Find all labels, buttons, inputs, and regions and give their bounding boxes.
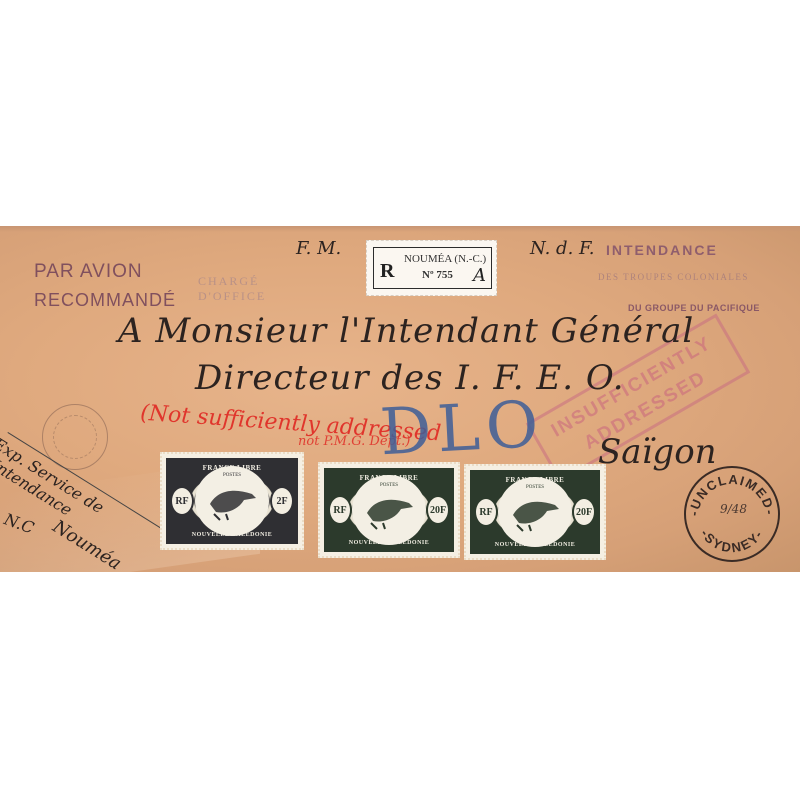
charge-line1: CHARGÉ — [198, 274, 266, 289]
stamp-bottom-text: NOUVELLE CALEDONIE — [324, 540, 454, 546]
postage-stamp-20f-2: FRANCE LIBRE POSTES RF 20F NOUVELLE CALE… — [464, 464, 606, 560]
postage-stamp-2f: FRANCE LIBRE POSTES RF 2F NOUVELLE CALED… — [160, 452, 304, 550]
stamp-value: 20F — [572, 497, 596, 527]
dlo-marking: DLO — [378, 388, 546, 470]
address-line1: A Monsieur l'Intendant Général — [118, 311, 694, 351]
kagu-bird-icon — [507, 493, 563, 533]
troupes-marking: DES TROUPES COLONIALES — [598, 272, 749, 282]
stamp-top-text: FRANCE LIBRE — [324, 474, 454, 482]
envelope: PAR AVION RECOMMANDÉ CHARGÉ D'OFFICE INT… — [0, 226, 800, 572]
registration-mark: A — [473, 265, 486, 286]
stamp-top-text: FRANCE LIBRE — [166, 464, 298, 472]
registration-label: R NOUMÉA (N.-C.) Nº 755 A — [366, 240, 497, 296]
registration-label-frame: R NOUMÉA (N.-C.) Nº 755 A — [373, 247, 492, 289]
stamp-postes-text: POSTES — [470, 485, 600, 490]
kagu-bird-icon — [361, 491, 417, 531]
faint-postmark-inner — [53, 415, 97, 459]
kagu-bird-icon — [204, 482, 260, 522]
postmark-date: 9/48 — [720, 502, 747, 516]
postage-stamp-20f-1: FRANCE LIBRE POSTES RF 20F NOUVELLE CALE… — [318, 462, 460, 558]
recommande-marking: RECOMMANDÉ — [34, 290, 176, 311]
stamp-design: FRANCE LIBRE POSTES RF 20F NOUVELLE CALE… — [470, 470, 600, 554]
charge-doffice-marking: CHARGÉ D'OFFICE — [198, 274, 266, 304]
stamp-design: FRANCE LIBRE POSTES RF 20F NOUVELLE CALE… — [324, 468, 454, 552]
envelope-top-edge — [0, 226, 800, 232]
stamp-bottom-text: NOUVELLE CALEDONIE — [166, 532, 298, 538]
unclaimed-sydney-postmark: -UNCLAIMED- -SYDNEY- 9/48 — [684, 466, 780, 562]
charge-line2: D'OFFICE — [198, 289, 266, 304]
registration-letter: R — [380, 260, 394, 283]
stamp-postes-text: POSTES — [324, 483, 454, 488]
rf-cross-emblem: RF — [474, 497, 498, 527]
par-avion-marking: PAR AVION — [34, 261, 143, 283]
stamp-value: 20F — [426, 495, 450, 525]
ndf-handwriting: N. d. F. — [530, 238, 594, 259]
fm-handwriting: F. M. — [296, 238, 341, 259]
registration-number: Nº 755 — [422, 269, 453, 281]
stamp-value: 2F — [270, 486, 294, 516]
stamp-bottom-text: NOUVELLE CALEDONIE — [470, 542, 600, 548]
stamp-design: FRANCE LIBRE POSTES RF 2F NOUVELLE CALED… — [166, 458, 298, 544]
stamp-top-text: FRANCE LIBRE — [470, 476, 600, 484]
registration-town: NOUMÉA (N.-C.) — [404, 253, 486, 265]
intendance-marking: INTENDANCE — [606, 242, 718, 258]
rf-cross-emblem: RF — [170, 486, 194, 516]
stamp-postes-text: POSTES — [166, 473, 298, 478]
svg-text:-SYDNEY-: -SYDNEY- — [698, 527, 767, 556]
address-line2: Directeur des I. F. E. O. — [195, 358, 625, 398]
rf-cross-emblem: RF — [328, 495, 352, 525]
